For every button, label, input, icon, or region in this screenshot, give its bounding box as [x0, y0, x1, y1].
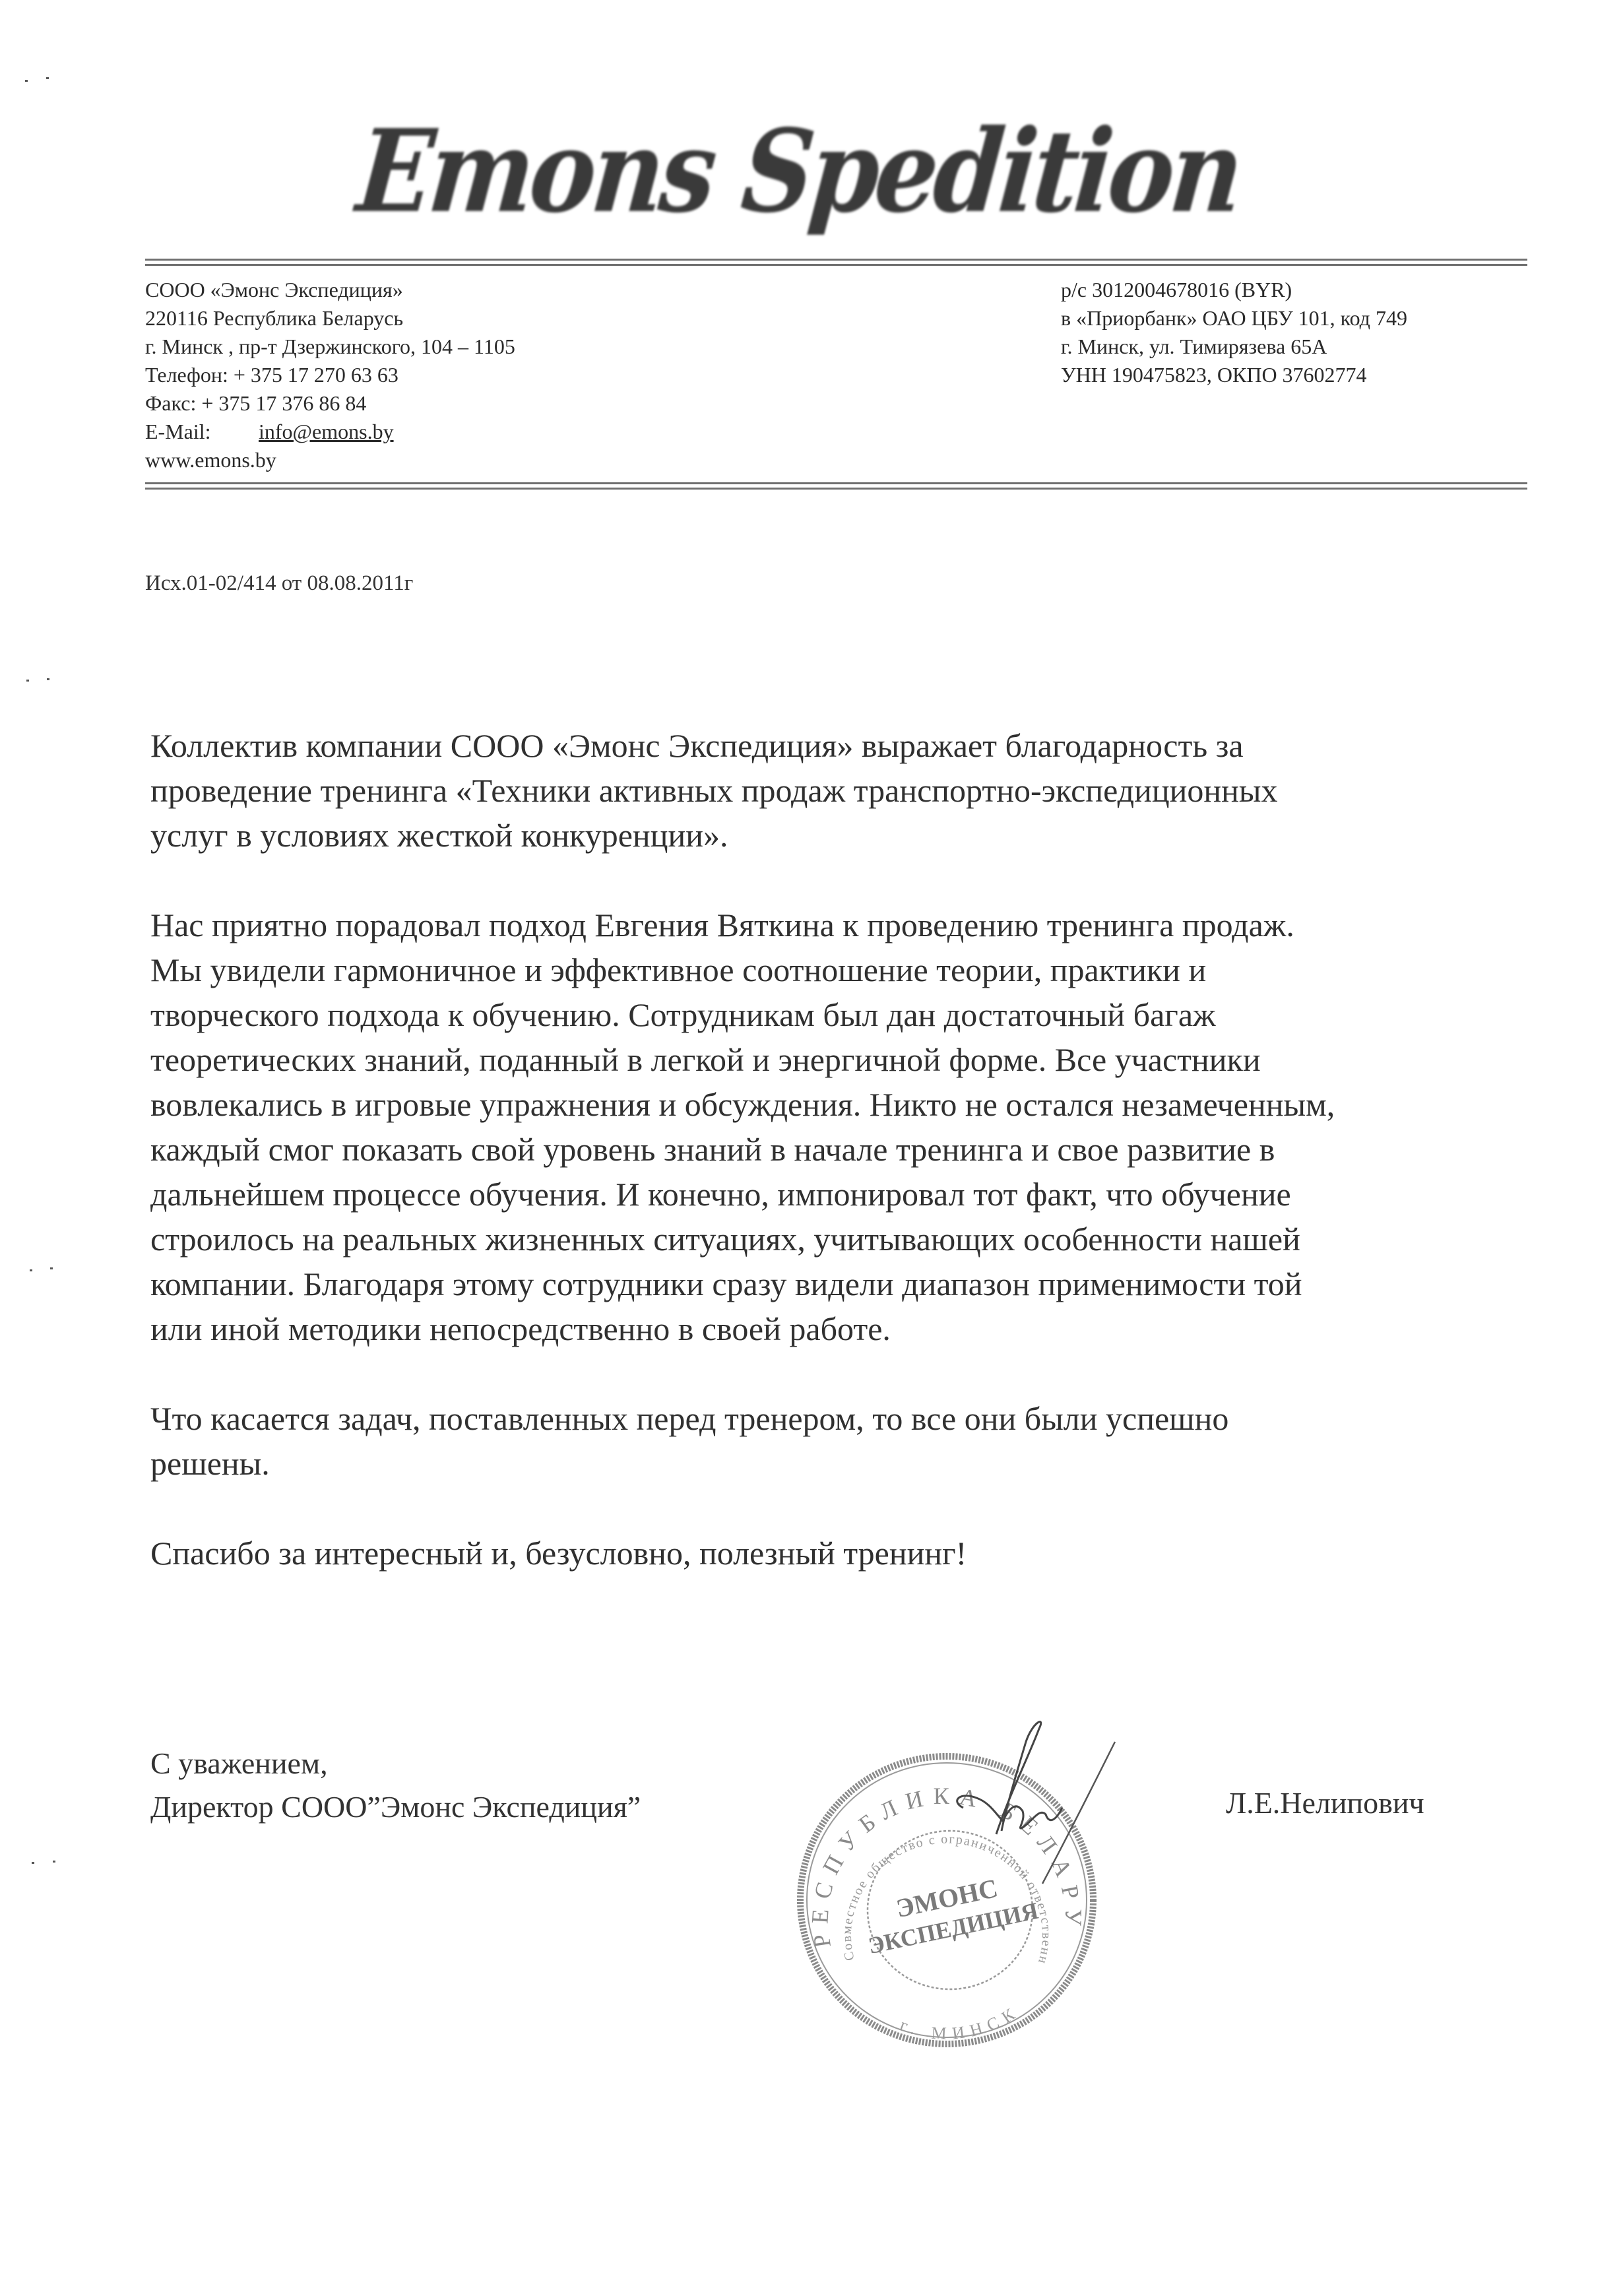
bank-address: г. Минск, ул. Тимирязева 65А [1061, 333, 1407, 361]
company-contact-block: СООО «Эмонс Экспедиция» 220116 Республик… [145, 276, 515, 474]
bank-name: в «Приорбанк» ОАО ЦБУ 101, код 749 [1061, 304, 1407, 333]
scan-dot [26, 680, 29, 682]
paragraph: Что касается задач, поставленных перед т… [150, 1396, 1523, 1486]
company-logo: Emons Spedition [356, 99, 1240, 244]
body-line: услуг в условиях жесткой конкуренции». [150, 813, 1523, 858]
scan-dot [53, 1861, 55, 1863]
scan-dot [47, 678, 49, 680]
body-line: компании. Благодаря этому сотрудники сра… [150, 1261, 1523, 1306]
signer-name: Л.Е.Нелипович [1226, 1785, 1424, 1820]
website: www.emons.by [145, 446, 515, 474]
paragraph: Спасибо за интересный и, безусловно, пол… [150, 1531, 1523, 1576]
body-line: каждый смог показать свой уровень знаний… [150, 1127, 1523, 1172]
scan-dot [30, 1269, 32, 1271]
street-address: г. Минск , пр-т Дзержинского, 104 – 1105 [145, 333, 515, 361]
email-row: E-Mail:info@emons.by [145, 418, 515, 446]
tax-ids: УНН 190475823, ОКПО 37602774 [1061, 361, 1407, 389]
body-line: Нас приятно порадовал подход Евгения Вят… [150, 903, 1523, 947]
body-line: строилось на реальных жизненных ситуация… [150, 1217, 1523, 1261]
body-line: Мы увидели гармоничное и эффективное соо… [150, 947, 1523, 992]
body-line: решены. [150, 1441, 1523, 1486]
signature-icon [924, 1715, 1122, 1887]
body-line: творческого подхода к обучению. Сотрудни… [150, 992, 1523, 1037]
paragraph: Коллектив компании СООО «Эмонс Экспедици… [150, 723, 1523, 858]
svg-text:г. МИНСК: г. МИНСК [897, 2001, 1023, 2043]
body-line: проведение тренинга «Техники активных пр… [150, 768, 1523, 813]
signer-title: Директор СООО”Эмонс Экспедиция” [150, 1785, 641, 1829]
body-line: дальнейшем процессе обучения. И конечно,… [150, 1172, 1523, 1217]
scan-dot [32, 1862, 34, 1864]
postal-address: 220116 Республика Беларусь [145, 304, 515, 333]
body-line: вовлекались в игровые упражнения и обсуж… [150, 1082, 1523, 1127]
scan-dot [50, 1267, 53, 1269]
scan-dot [25, 80, 28, 82]
paragraph: Нас приятно порадовал подход Евгения Вят… [150, 903, 1523, 1351]
closing-block: С уважением, Директор СООО”Эмонс Экспеди… [150, 1742, 641, 1829]
body-line: Коллектив компании СООО «Эмонс Экспедици… [150, 723, 1523, 768]
body-line: Что касается задач, поставленных перед т… [150, 1396, 1523, 1441]
body-line: или иной методики непосредственно в свое… [150, 1306, 1523, 1351]
stamp-bottom-text: г. МИНСК [897, 2001, 1023, 2043]
closing-regards: С уважением, [150, 1742, 641, 1785]
email-label: E-Mail: [145, 418, 259, 446]
bank-details-block: р/с 3012004678016 (BYR) в «Приорбанк» ОА… [1061, 276, 1407, 389]
outgoing-reference: Исх.01-02/414 от 08.08.2011г [145, 571, 413, 596]
bank-account: р/с 3012004678016 (BYR) [1061, 276, 1407, 304]
letter-page: Emons Spedition СООО «Эмонс Экспедиция» … [0, 0, 1623, 2296]
scan-dot [46, 77, 49, 79]
letter-body: Коллектив компании СООО «Эмонс Экспедици… [150, 723, 1523, 1620]
body-line: Спасибо за интересный и, безусловно, пол… [150, 1531, 1523, 1576]
header-rule-top-2 [145, 264, 1527, 266]
company-name: СООО «Эмонс Экспедиция» [145, 276, 515, 304]
header-rule-bottom-2 [145, 488, 1527, 490]
fax-number: Факс: + 375 17 376 86 84 [145, 389, 515, 418]
handwritten-signature [924, 1715, 1122, 1887]
email-link[interactable]: info@emons.by [259, 420, 394, 443]
logo-text: Emons Spedition [352, 105, 1244, 238]
header-rule-bottom-1 [145, 482, 1527, 484]
body-line: теоретических знаний, поданный в легкой … [150, 1037, 1523, 1082]
phone-number: Телефон: + 375 17 270 63 63 [145, 361, 515, 389]
header-rule-top-1 [145, 259, 1527, 261]
